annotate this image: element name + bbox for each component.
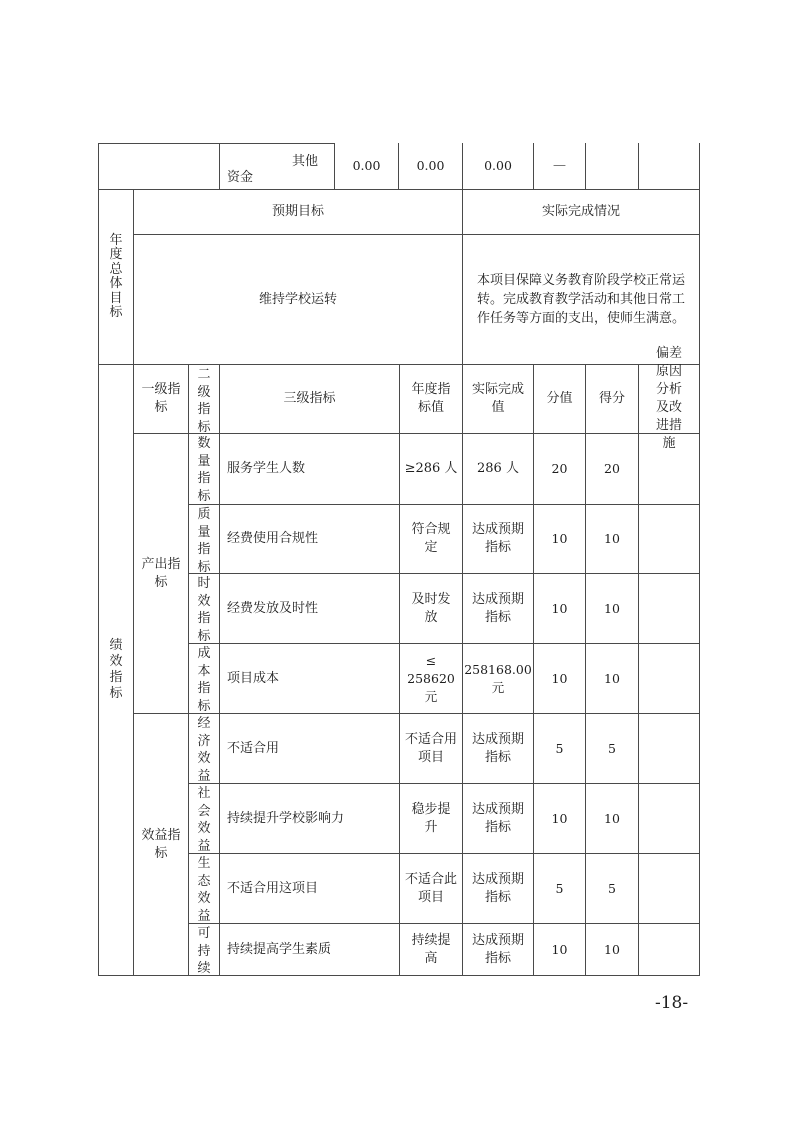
fund-value-cell: [585, 143, 639, 190]
score-value-cell: 10: [533, 643, 586, 714]
score-value-cell: 5: [533, 853, 586, 924]
target-cell: 符合规定: [399, 504, 463, 574]
actual-cell: 达成预期指标: [462, 504, 534, 574]
level1-output-indicators: 产出指标: [133, 433, 189, 714]
target-cell: 不适合此项目: [399, 853, 463, 924]
score-value-cell: 5: [533, 713, 586, 784]
header-target: 年度指标值: [399, 364, 463, 434]
fund-value-cell: 0.00: [398, 143, 463, 190]
fund-value-cell: —: [533, 143, 586, 190]
deviation-cell: [638, 853, 700, 924]
actual-cell: 达成预期指标: [462, 573, 534, 644]
level3-cell: 不适合用: [219, 713, 400, 784]
score-value-cell: 10: [533, 783, 586, 854]
header-score-value: 分值: [533, 364, 586, 434]
level2-cell: 数量指标: [188, 433, 220, 505]
level2-cell: 质量指标: [188, 504, 220, 574]
actual-cell: 达成预期指标: [462, 713, 534, 784]
level3-cell: 项目成本: [219, 643, 400, 714]
level3-cell: 持续提高学生素质: [219, 923, 400, 976]
level3-cell: 持续提升学校影响力: [219, 783, 400, 854]
expected-goal-header: 预期目标: [133, 189, 463, 235]
fund-value-cell: 0.00: [334, 143, 399, 190]
page-number: -18-: [655, 993, 688, 1013]
level2-cell: 经济效益: [188, 713, 220, 784]
header-score: 得分: [585, 364, 639, 434]
annual-goal-side-label: 年度总体目标: [98, 189, 134, 365]
target-cell: 稳步提升: [399, 783, 463, 854]
target-cell: 及时发放: [399, 573, 463, 644]
deviation-cell: [638, 643, 700, 714]
header-actual: 实际完成值: [462, 364, 534, 434]
level3-cell: 经费使用合规性: [219, 504, 400, 574]
score-value-cell: 10: [533, 923, 586, 976]
fund-label-line1: 其他: [292, 150, 318, 169]
target-cell: 不适合用项目: [399, 713, 463, 784]
deviation-cell: [638, 783, 700, 854]
score-value-cell: 20: [533, 433, 586, 505]
score-cell: 10: [585, 783, 639, 854]
actual-cell: 达成预期指标: [462, 783, 534, 854]
fund-source-label-cell: 其他 资金: [219, 143, 335, 190]
score-cell: 10: [585, 504, 639, 574]
fund-value-cell: [638, 143, 700, 190]
deviation-cell: [638, 433, 700, 505]
score-cell: 10: [585, 923, 639, 976]
actual-completion-header: 实际完成情况: [462, 189, 700, 235]
level2-cell: 可持续: [188, 923, 220, 976]
actual-cell: 258168.00 元: [462, 643, 534, 714]
performance-side-label: 绩效指标: [98, 364, 134, 976]
level3-cell: 经费发放及时性: [219, 573, 400, 644]
score-value-cell: 10: [533, 573, 586, 644]
header-level1: 一级指标: [133, 364, 189, 434]
deviation-cell: [638, 713, 700, 784]
score-cell: 5: [585, 713, 639, 784]
deviation-cell: [638, 573, 700, 644]
level2-cell: 社会效益: [188, 783, 220, 854]
target-cell: 持续提高: [399, 923, 463, 976]
deviation-cell: [638, 504, 700, 574]
level2-cell: 生态效益: [188, 853, 220, 924]
fund-row-blank-cell: [98, 143, 220, 190]
expected-goal-text: 维持学校运转: [133, 234, 463, 365]
score-cell: 10: [585, 573, 639, 644]
deviation-cell: [638, 923, 700, 976]
actual-cell: 达成预期指标: [462, 853, 534, 924]
score-cell: 10: [585, 643, 639, 714]
target-cell: ≥286 人: [399, 433, 463, 505]
fund-label-line2: 资金: [227, 166, 253, 185]
level3-cell: 不适合用这项目: [219, 853, 400, 924]
header-deviation: 偏差原因分析及改进措施: [638, 364, 700, 434]
actual-cell: 达成预期指标: [462, 923, 534, 976]
header-level3: 三级指标: [219, 364, 400, 434]
level1-benefit-indicators: 效益指标: [133, 713, 189, 976]
fund-value-cell: 0.00: [462, 143, 534, 190]
header-level2: 二级指标: [188, 364, 220, 434]
score-value-cell: 10: [533, 504, 586, 574]
target-cell: ≤ 258620 元: [399, 643, 463, 714]
level3-cell: 服务学生人数: [219, 433, 400, 505]
score-cell: 20: [585, 433, 639, 505]
level2-cell: 时效指标: [188, 573, 220, 644]
actual-cell: 286 人: [462, 433, 534, 505]
level2-cell: 成本指标: [188, 643, 220, 714]
score-cell: 5: [585, 853, 639, 924]
